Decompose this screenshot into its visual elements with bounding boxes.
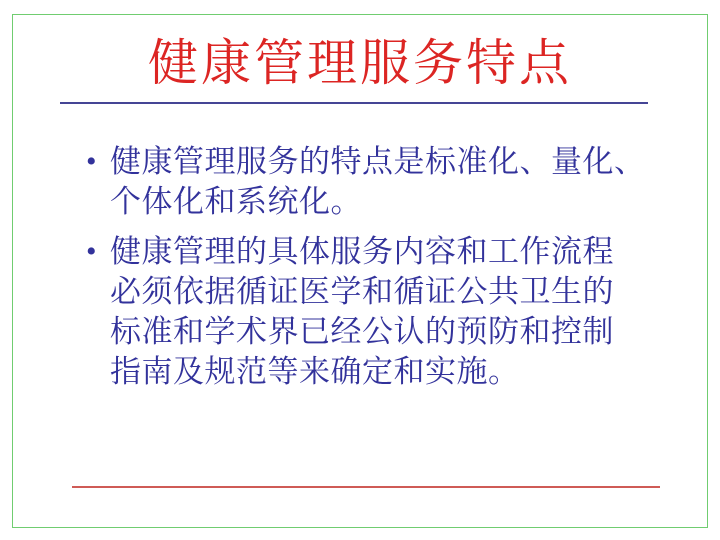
bullet-1-text: 健康管理服务的特点是标准化、量化、 个体化和系统化。 bbox=[110, 142, 646, 222]
bullet-2-line-2: 必须依据循证医学和循证公共卫生的 bbox=[110, 272, 614, 312]
bullet-item-1: • 健康管理服务的特点是标准化、量化、 个体化和系统化。 bbox=[86, 142, 661, 222]
bullet-dot-icon: • bbox=[86, 142, 110, 182]
bullet-dot-icon: • bbox=[86, 232, 110, 272]
presentation-slide: 健康管理服务特点 • 健康管理服务的特点是标准化、量化、 个体化和系统化。 • … bbox=[0, 0, 720, 540]
bullet-2-line-3: 标准和学术界已经公认的预防和控制 bbox=[110, 312, 614, 352]
bullet-1-line-1: 健康管理服务的特点是标准化、量化、 bbox=[110, 142, 646, 182]
bullet-1-line-2: 个体化和系统化。 bbox=[110, 182, 646, 222]
bullet-2-text: 健康管理的具体服务内容和工作流程 必须依据循证医学和循证公共卫生的 标准和学术界… bbox=[110, 232, 614, 392]
bullet-item-2: • 健康管理的具体服务内容和工作流程 必须依据循证医学和循证公共卫生的 标准和学… bbox=[86, 232, 661, 392]
slide-title: 健康管理服务特点 bbox=[0, 33, 720, 93]
bullet-2-line-1: 健康管理的具体服务内容和工作流程 bbox=[110, 232, 614, 272]
title-underline-rule bbox=[60, 102, 648, 104]
bullet-2-line-4: 指南及规范等来确定和实施。 bbox=[110, 352, 614, 392]
footer-rule bbox=[72, 486, 660, 488]
slide-body: • 健康管理服务的特点是标准化、量化、 个体化和系统化。 • 健康管理的具体服务… bbox=[86, 142, 661, 392]
